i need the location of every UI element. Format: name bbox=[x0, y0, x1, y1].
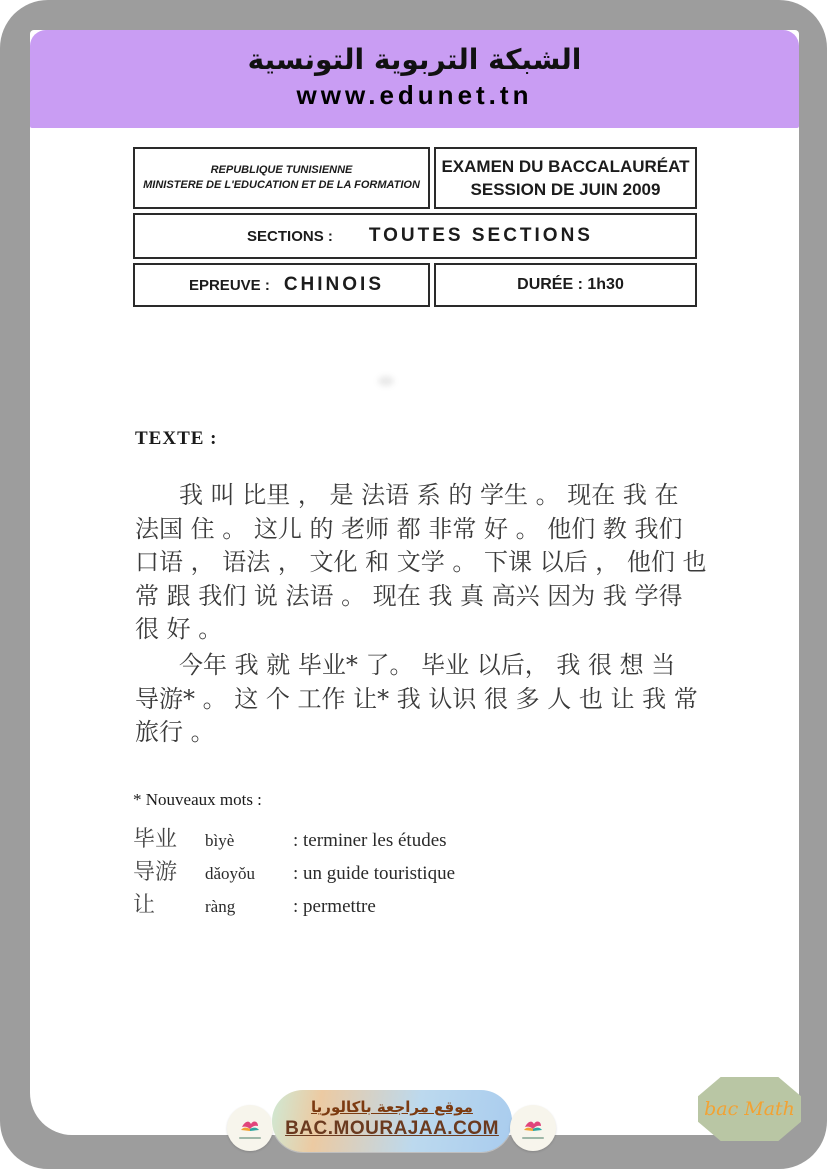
chinese-paragraph-2: 今年 我 就 毕业* 了。 毕业 以后， 我 很 想 当 导游* 。 这 个 工… bbox=[135, 649, 670, 750]
ministry-line2: MINISTERE DE L'EDUCATION ET DE LA FORMAT… bbox=[135, 178, 428, 193]
table-row: REPUBLIQUE TUNISIENNE MINISTERE DE L'EDU… bbox=[133, 147, 697, 209]
vocab-hanzi: 让 bbox=[133, 888, 205, 919]
vocab-hanzi: 毕业 bbox=[133, 822, 205, 853]
vocab-definition: : un guide touristique bbox=[293, 863, 455, 885]
text-line: 很 好 。 bbox=[135, 613, 670, 647]
bacmath-label: bac Math bbox=[704, 1098, 795, 1120]
texte-heading: TEXTE : bbox=[135, 428, 218, 450]
text-line: 口语 ， 语法 ， 文化 和 文学 。 下课 以后 ， 他们 也 bbox=[135, 546, 670, 580]
text-line: 我 叫 比里 ， 是 法语 系 的 学生 。 现在 我 在 bbox=[135, 479, 670, 513]
exam-line2: SESSION DE JUIN 2009 bbox=[436, 178, 695, 201]
vocab-row: 导游 dǎoyǒu : un guide touristique bbox=[133, 855, 553, 888]
text-line: 今年 我 就 毕业* 了。 毕业 以后， 我 很 想 当 bbox=[135, 649, 670, 683]
chinese-paragraph-1: 我 叫 比里 ， 是 法语 系 的 学生 。 现在 我 在 法国 住 。 这儿 … bbox=[135, 479, 670, 647]
epreuve-value: CHINOIS bbox=[284, 274, 384, 296]
exam-line1: EXAMEN DU BACCALAURÉAT bbox=[436, 155, 695, 178]
mourajaa-site-link[interactable]: موقع مراجعة باكالوريا BAC.MOURAJAA.COM bbox=[272, 1090, 512, 1152]
text-line: 常 跟 我们 说 法语 。 现在 我 真 高兴 因为 我 学得 bbox=[135, 580, 670, 614]
logo-caption-bar bbox=[239, 1137, 261, 1139]
table-row: SECTIONS : TOUTES SECTIONS bbox=[133, 213, 697, 259]
logo-caption-bar bbox=[522, 1137, 544, 1139]
vocab-pinyin: bìyè bbox=[205, 831, 293, 851]
epreuve-label: EPREUVE : bbox=[179, 277, 270, 294]
vocab-hanzi: 导游 bbox=[133, 855, 205, 886]
new-words-heading: * Nouveaux mots : bbox=[133, 790, 262, 810]
text-line: 旅行 。 bbox=[135, 716, 670, 750]
vocab-row: 让 ràng : permettre bbox=[133, 888, 553, 921]
vocab-list: 毕业 bìyè : terminer les études 导游 dǎoyǒu … bbox=[133, 822, 553, 921]
mourajaa-arabic-label[interactable]: موقع مراجعة باكالوريا bbox=[272, 1098, 512, 1116]
sections-label: SECTIONS : bbox=[237, 228, 333, 245]
bacmath-logo: bac Math bbox=[698, 1077, 801, 1141]
vocab-pinyin: dǎoyǒu bbox=[205, 864, 293, 884]
vocab-pinyin: ràng bbox=[205, 897, 293, 917]
vocab-row: 毕业 bìyè : terminer les études bbox=[133, 822, 553, 855]
mourajaa-url[interactable]: BAC.MOURAJAA.COM bbox=[272, 1118, 512, 1140]
ministry-line1: REPUBLIQUE TUNISIENNE bbox=[135, 163, 428, 178]
sections-value: TOUTES SECTIONS bbox=[369, 225, 593, 247]
edunet-title-arabic: الشبكة التربوية التونسية bbox=[30, 43, 799, 77]
scanned-exam-page: الشبكة التربوية التونسية www.edunet.tn R… bbox=[0, 0, 827, 1169]
bird-logo-icon bbox=[238, 1117, 262, 1135]
vocab-definition: : permettre bbox=[293, 896, 376, 918]
scan-smudge bbox=[378, 376, 394, 386]
bird-logo-icon bbox=[521, 1117, 545, 1135]
edunet-url: www.edunet.tn bbox=[30, 77, 799, 113]
table-row: EPREUVE : CHINOIS DURÉE : 1h30 bbox=[133, 263, 697, 307]
text-line: 法国 住 。 这儿 的 老师 都 非常 好 。 他们 教 我们 bbox=[135, 513, 670, 547]
mourajaa-logo-icon bbox=[227, 1105, 273, 1151]
exam-info-table: REPUBLIQUE TUNISIENNE MINISTERE DE L'EDU… bbox=[133, 147, 697, 311]
duree-cell: DURÉE : 1h30 bbox=[434, 263, 697, 307]
epreuve-cell: EPREUVE : CHINOIS bbox=[133, 263, 430, 307]
vocab-definition: : terminer les études bbox=[293, 830, 447, 852]
edunet-header-banner: الشبكة التربوية التونسية www.edunet.tn bbox=[30, 30, 799, 128]
text-line: 导游* 。 这 个 工作 让* 我 认识 很 多 人 也 让 我 常 bbox=[135, 683, 670, 717]
sections-cell: SECTIONS : TOUTES SECTIONS bbox=[133, 213, 697, 259]
ministry-cell: REPUBLIQUE TUNISIENNE MINISTERE DE L'EDU… bbox=[133, 147, 430, 209]
duree-value: DURÉE : 1h30 bbox=[507, 276, 624, 294]
exam-title-cell: EXAMEN DU BACCALAURÉAT SESSION DE JUIN 2… bbox=[434, 147, 697, 209]
mourajaa-logo-icon bbox=[510, 1105, 556, 1151]
